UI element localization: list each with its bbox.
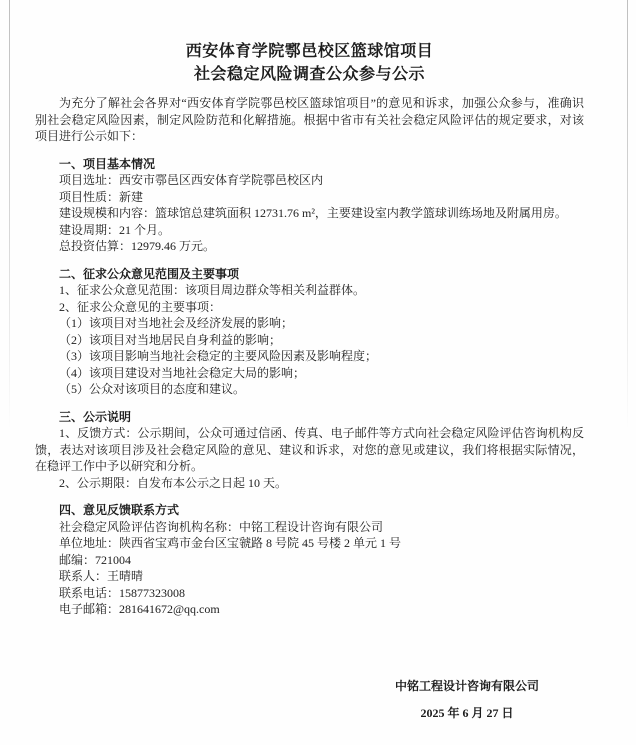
line-construction-period: 建设周期：21 个月。 bbox=[35, 222, 584, 239]
line-matter-4: （4）该项目建设对当地社会稳定大局的影响； bbox=[35, 365, 584, 382]
intro-paragraph: 为充分了解社会各界对“西安体育学院鄠邑校区篮球馆项目”的意见和诉求，加强公众参与… bbox=[35, 95, 584, 145]
signature-date: 2025 年 6 月 27 日 bbox=[343, 705, 591, 722]
section-2-heading: 二、征求公众意见范围及主要事项 bbox=[35, 266, 584, 283]
section-1-heading: 一、项目基本情况 bbox=[35, 156, 584, 173]
line-postal-code: 邮编：721004 bbox=[35, 552, 584, 569]
line-opinion-scope: 1、征求公众意见范围：该项目周边群众等相关利益群体。 bbox=[35, 282, 584, 299]
line-project-location: 项目选址：西安市鄠邑区西安体育学院鄠邑校区内 bbox=[35, 172, 584, 189]
line-contact-email: 电子邮箱：281641672@qq.com bbox=[35, 601, 584, 618]
title-line-1: 西安体育学院鄠邑校区篮球馆项目 bbox=[35, 40, 584, 63]
document-title: 西安体育学院鄠邑校区篮球馆项目 社会稳定风险调查公众参与公示 bbox=[35, 40, 584, 86]
signature-block: 中铭工程设计咨询有限公司 2025 年 6 月 27 日 bbox=[343, 678, 591, 722]
line-agency-name: 社会稳定风险评估咨询机构名称：中铭工程设计咨询有限公司 bbox=[35, 519, 584, 536]
line-construction-scale: 建设规模和内容：篮球馆总建筑面积 12731.76 m²，主要建设室内教学篮球训… bbox=[35, 205, 584, 222]
line-total-investment: 总投资估算：12979.46 万元。 bbox=[35, 238, 584, 255]
signature-company: 中铭工程设计咨询有限公司 bbox=[343, 678, 591, 695]
line-agency-address: 单位地址：陕西省宝鸡市金台区宝虢路 8 号院 45 号楼 2 单元 1 号 bbox=[35, 535, 584, 552]
line-matter-5: （5）公众对该项目的态度和建议。 bbox=[35, 381, 584, 398]
scan-edge-right bbox=[627, 0, 628, 430]
line-publicity-period: 2、公示期限：自发布本公示之日起 10 天。 bbox=[35, 475, 584, 492]
para-feedback-method: 1、反馈方式：公示期间，公众可通过信函、传真、电子邮件等方式向社会稳定风险评估咨… bbox=[35, 425, 584, 475]
line-project-nature: 项目性质：新建 bbox=[35, 189, 584, 206]
notice-document-page: 西安体育学院鄠邑校区篮球馆项目 社会稳定风险调查公众参与公示 为充分了解社会各界… bbox=[0, 0, 636, 745]
line-matter-1: （1）该项目对当地社会及经济发展的影响； bbox=[35, 315, 584, 332]
section-3-heading: 三、公示说明 bbox=[35, 409, 584, 426]
line-contact-person: 联系人：王晴晴 bbox=[35, 568, 584, 585]
scan-edge-left bbox=[9, 0, 10, 430]
section-4-heading: 四、意见反馈联系方式 bbox=[35, 502, 584, 519]
title-line-2: 社会稳定风险调查公众参与公示 bbox=[35, 63, 584, 86]
document-content: 西安体育学院鄠邑校区篮球馆项目 社会稳定风险调查公众参与公示 为充分了解社会各界… bbox=[0, 0, 636, 722]
line-matter-3: （3）该项目影响当地社会稳定的主要风险因素及影响程度； bbox=[35, 348, 584, 365]
line-main-matters: 2、征求公众意见的主要事项： bbox=[35, 299, 584, 316]
line-contact-phone: 联系电话：15877323008 bbox=[35, 585, 584, 602]
line-matter-2: （2）该项目对当地居民自身利益的影响； bbox=[35, 332, 584, 349]
